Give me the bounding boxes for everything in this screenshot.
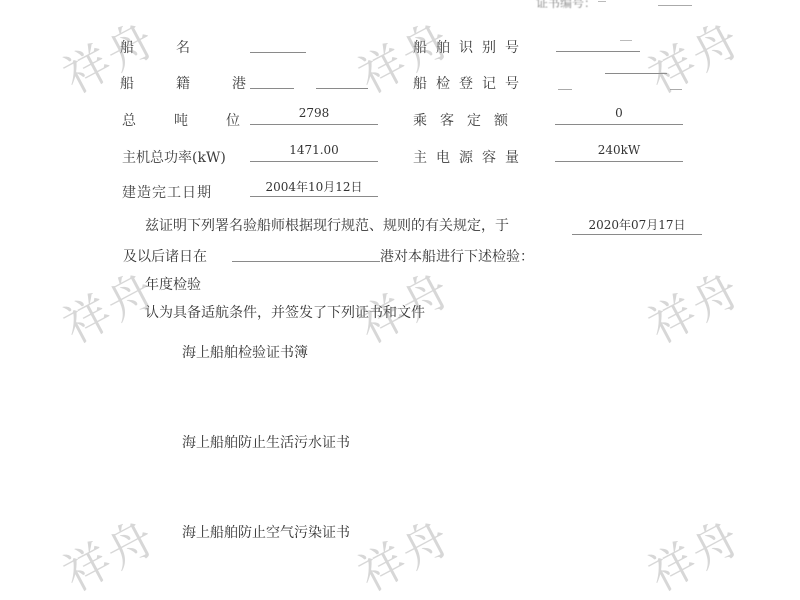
watermark: 祥舟 <box>635 3 751 106</box>
main-engine-power-label: 主机总功率(kW) <box>122 147 226 167</box>
port-line-b <box>316 88 368 89</box>
passenger-capacity-value: 0 <box>555 106 683 120</box>
conclusion-text: 认为具备适航条件，并签发了下列证书和文件 <box>145 302 425 322</box>
ship-name-label: 船 名 <box>120 37 190 57</box>
passenger-capacity-line <box>555 124 683 125</box>
port-line-a <box>250 88 294 89</box>
passenger-capacity-label: 乘客定额 <box>413 110 521 130</box>
survey-reg-line-b <box>558 89 572 90</box>
survey-type: 年度检验 <box>145 274 201 294</box>
main-engine-power-value: 1471.00 <box>250 143 378 157</box>
build-date-value: 2004年10月12日 <box>250 178 378 195</box>
statement-line-2-prefix: 及以后诸日在 <box>123 246 207 266</box>
build-date-line <box>250 196 378 197</box>
main-power-capacity-label: 主电源容量 <box>413 147 528 167</box>
main-power-capacity-line <box>555 161 683 162</box>
build-date-label: 建造完工日期 <box>122 182 212 202</box>
survey-port-line <box>232 261 380 262</box>
ship-name-line <box>250 52 306 53</box>
gross-tonnage-value: 2798 <box>250 106 378 120</box>
certificate-item: 海上船舶防止生活污水证书 <box>182 432 350 452</box>
survey-reg-line-c <box>670 89 682 90</box>
watermark: 祥舟 <box>50 501 166 600</box>
certificate-item: 海上船舶防止空气污染证书 <box>182 522 350 542</box>
survey-reg-line-a <box>605 73 667 74</box>
watermark: 祥舟 <box>635 501 751 600</box>
watermark: 祥舟 <box>635 253 751 356</box>
ship-id-line <box>556 51 640 52</box>
main-engine-power-line <box>250 161 378 162</box>
smudge <box>620 40 632 41</box>
cert-number-label: 证书编号： <box>536 0 596 11</box>
survey-date-value: 2020年07月17日 <box>572 216 702 233</box>
statement-line-1: 兹证明下列署名验船师根据现行规范、规则的有关规定，于 <box>145 215 509 235</box>
gross-tonnage-line <box>250 124 378 125</box>
watermark: 祥舟 <box>345 501 461 600</box>
certificate-page: 证书编号： 船 名 船舶识别号 船 籍 港 船检登记号 总 吨 位 2798 乘… <box>0 0 800 600</box>
ship-id-label: 船舶识别号 <box>413 37 528 57</box>
survey-reg-no-label: 船检登记号 <box>413 73 528 93</box>
statement-line-2-suffix: 港对本船进行下述检验： <box>380 246 534 266</box>
divider <box>598 1 606 2</box>
cert-number-line <box>658 5 692 6</box>
port-of-registry-label: 船 籍 港 <box>120 73 260 93</box>
certificate-item: 海上船舶检验证书簿 <box>182 342 308 362</box>
gross-tonnage-label: 总 吨 位 <box>122 110 252 130</box>
survey-date-line <box>572 234 702 235</box>
main-power-capacity-value: 240kW <box>555 143 683 157</box>
